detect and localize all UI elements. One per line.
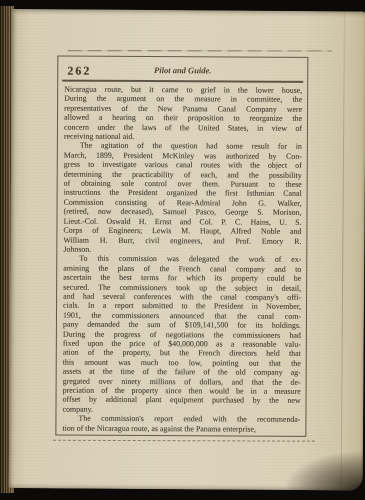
page-corner-shadow <box>283 450 363 491</box>
scanned-book-page: 262 Pilot and Guide. Nicaragua route, bu… <box>0 0 365 500</box>
page-header: 262 Pilot and Guide. <box>58 57 307 80</box>
scan-artifact-rule-top <box>68 50 332 51</box>
text-line: William H. Burr, civil engineers, and Pr… <box>63 235 301 246</box>
running-title: Pilot and Guide. <box>58 65 307 76</box>
paragraph: The commission's report ended with the r… <box>62 414 300 434</box>
body-text: Nicaragua route, but it came to grief in… <box>56 82 307 434</box>
paragraph: To this commission was delegated the wor… <box>62 254 301 415</box>
text-line: tion of the Nicaragua route, as against … <box>62 423 300 434</box>
text-frame: 262 Pilot and Guide. Nicaragua route, bu… <box>55 56 308 437</box>
paragraph: Nicaragua route, but it came to grief in… <box>64 85 302 143</box>
text-line: Corps of Engineers; Lewis M. Haupt, Alfr… <box>63 226 301 237</box>
page: 262 Pilot and Guide. Nicaragua route, bu… <box>9 9 365 490</box>
paragraph: The agitation of the question had some r… <box>63 141 302 255</box>
text-line: offset by additional plant equipment pur… <box>63 395 301 406</box>
page-edge-crease <box>341 11 345 490</box>
scan-artifact-rule-bottom <box>53 440 315 442</box>
